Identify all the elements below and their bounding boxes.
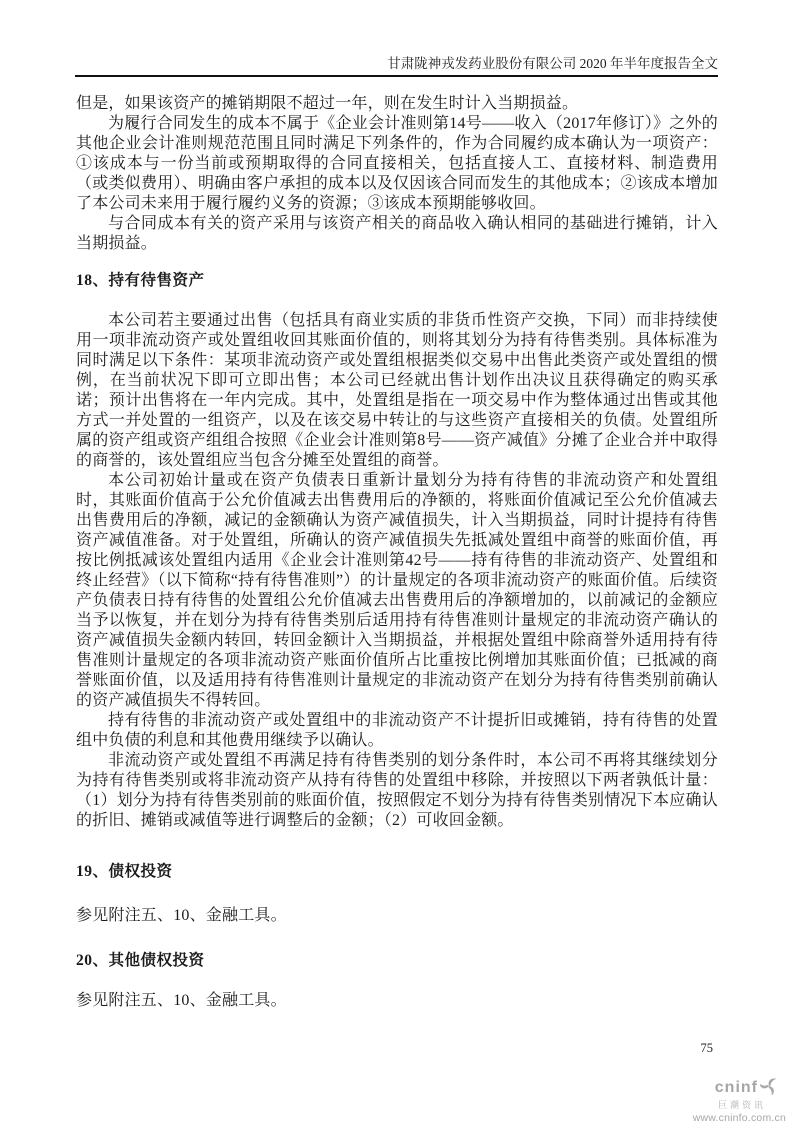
page-number: 75 bbox=[701, 1041, 714, 1056]
body-paragraph: 参见附注五、10、金融工具。 bbox=[76, 991, 718, 1011]
body-paragraph: 为履行合同发生的成本不属于《企业会计准则第14号——收入（2017年修订）》之外… bbox=[76, 114, 718, 214]
section-heading-19: 19、债权投资 bbox=[76, 861, 718, 882]
logo-brand-text: cninf bbox=[715, 1080, 758, 1096]
body-paragraph: 但是，如果该资产的摊销期限不超过一年，则在发生时计入当期损益。 bbox=[76, 94, 718, 114]
body-paragraph: 本公司若主要通过出售（包括具有商业实质的非货币性资产交换，下同）而非持续使用一项… bbox=[76, 311, 718, 471]
section-heading-20: 20、其他债权投资 bbox=[76, 950, 718, 971]
page-header: 甘肃陇神戎发药业股份有限公司 2020 年半年度报告全文 bbox=[75, 0, 718, 77]
pinwheel-icon bbox=[760, 1077, 778, 1099]
page-header-title: 甘肃陇神戎发药业股份有限公司 2020 年半年度报告全文 bbox=[387, 56, 718, 71]
logo-url: www.cninfo.com.cn bbox=[672, 1113, 790, 1122]
report-page: 甘肃陇神戎发药业股份有限公司 2020 年半年度报告全文 但是，如果该资产的摊销… bbox=[0, 0, 793, 1122]
logo-chinese-name: 巨潮资讯 bbox=[672, 1101, 790, 1110]
body-paragraph: 与合同成本有关的资产采用与该资产相关的商品收入确认相同的基础进行摊销，计入当期损… bbox=[76, 214, 718, 254]
body-paragraph: 参见附注五、10、金融工具。 bbox=[76, 906, 718, 926]
body-paragraph: 非流动资产或处置组不再满足持有待售类别的划分条件时，本公司不再将其继续划分为持有… bbox=[76, 751, 718, 831]
cninfo-logo: cninf 巨潮资讯 www.cninfo.com.cn bbox=[672, 1077, 790, 1122]
section-heading-18: 18、持有待售资产 bbox=[76, 270, 718, 291]
document-body: 但是，如果该资产的摊销期限不超过一年，则在发生时计入当期损益。 为履行合同发生的… bbox=[76, 94, 718, 1011]
body-paragraph: 本公司初始计量或在资产负债表日重新计量划分为持有待售的非流动资产和处置组时，其账… bbox=[76, 471, 718, 711]
body-paragraph: 持有待售的非流动资产或处置组中的非流动资产不计提折旧或摊销，持有待售的处置组中负… bbox=[76, 711, 718, 751]
logo-brand-row: cninf bbox=[672, 1077, 790, 1099]
